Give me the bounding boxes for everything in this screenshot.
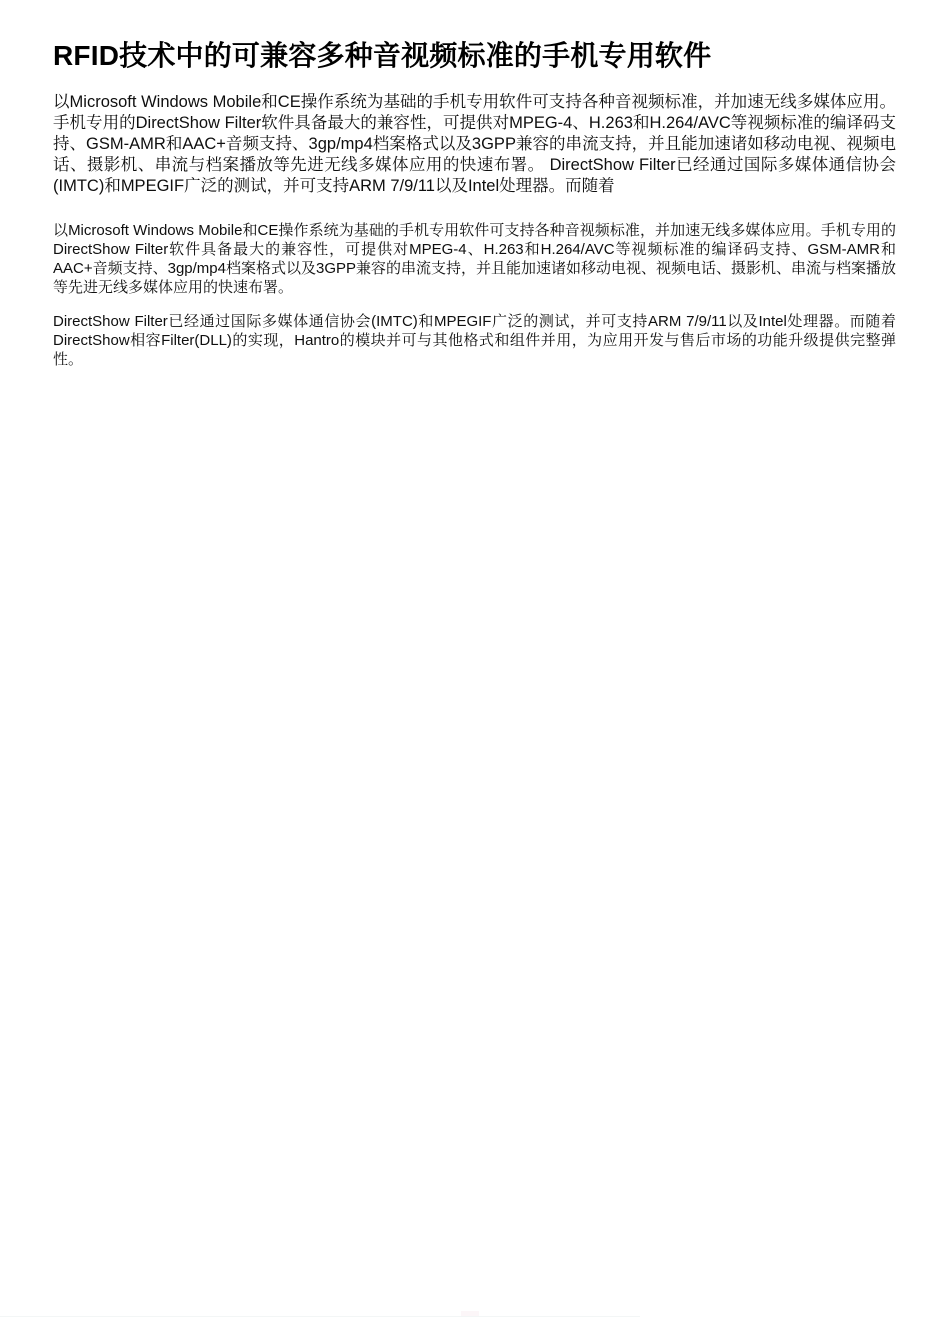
article-paragraph-2: DirectShow Filter已经通过国际多媒体通信协会(IMTC)和MPE… [53,312,896,369]
footer-edge-artifact [461,1311,479,1316]
footer-edge-divider [0,1316,640,1317]
page-title: RFID技术中的可兼容多种音视频标准的手机专用软件 [53,40,896,72]
article-lead-paragraph: 以Microsoft Windows Mobile和CE操作系统为基础的手机专用… [53,92,896,197]
article-paragraph-1: 以Microsoft Windows Mobile和CE操作系统为基础的手机专用… [53,221,896,297]
article-page: RFID技术中的可兼容多种音视频标准的手机专用软件 以Microsoft Win… [0,0,950,1320]
